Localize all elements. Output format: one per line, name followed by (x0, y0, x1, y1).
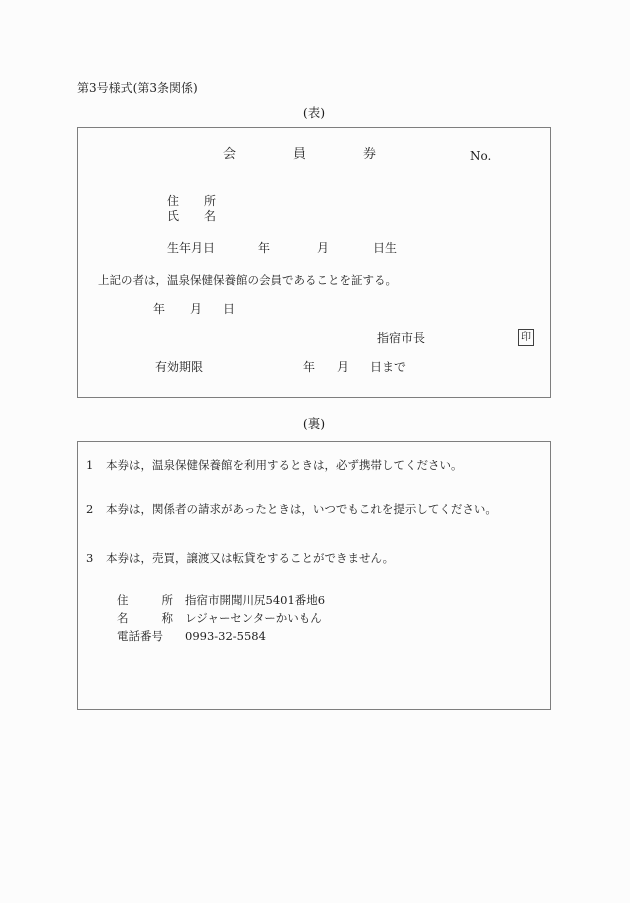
card-title: 会 員 券 (223, 147, 376, 163)
rule-text: 本券は，温泉保健保養館を利用するときは，必ず携帯してください。 (106, 458, 463, 473)
contact-name-value: レジャーセンターかいもん (185, 611, 322, 626)
contact-phone-value: 0993-32-5584 (185, 629, 266, 644)
validity-year-unit: 年 (303, 360, 315, 375)
birthdate-year-unit: 年 (258, 241, 270, 256)
contact-name-row: 名 称 レジャーセンターかいもん (117, 611, 322, 626)
name-field-label: 氏 名 (167, 209, 216, 224)
birthdate-field-label: 生年月日 (167, 241, 215, 256)
rule-number: 2 (86, 502, 106, 517)
validity-day-unit: 日まで (370, 360, 406, 375)
rule-item: 1 本券は，温泉保健保養館を利用するときは，必ず携帯してください。 (86, 458, 463, 473)
rule-number: 3 (86, 551, 106, 566)
back-side-label: (裏) (77, 414, 551, 432)
card-title-char: 会 (223, 147, 236, 163)
validity-month-unit: 月 (337, 360, 349, 375)
birthdate-day-unit: 日生 (373, 241, 397, 256)
validity-field-label: 有効期限 (155, 360, 203, 375)
rule-text: 本券は，売買，譲渡又は転貸をすることができません。 (106, 551, 394, 566)
issue-date-month-unit: 月 (190, 302, 202, 317)
seal-mark: 印 (518, 329, 534, 346)
contact-phone-row: 電話番号 0993-32-5584 (117, 629, 266, 644)
rule-item: 3 本券は，売買，譲渡又は転貸をすることができません。 (86, 551, 394, 566)
rule-text: 本券は，関係者の請求があったときは，いつでもこれを提示してください。 (106, 502, 497, 517)
membership-card-back: 1 本券は，温泉保健保養館を利用するときは，必ず携帯してください。 2 本券は，… (77, 441, 551, 710)
issuer-title: 指宿市長 (377, 331, 425, 346)
contact-address-row: 住 所 指宿市開聞川尻5401番地6 (117, 593, 325, 608)
issue-date-year-unit: 年 (153, 302, 165, 317)
contact-name-label: 名 称 (117, 611, 173, 626)
contact-address-label: 住 所 (117, 593, 173, 608)
card-title-char: 券 (363, 147, 376, 163)
form-number: 第3号様式(第3条関係) (77, 79, 198, 96)
card-title-char: 員 (293, 147, 306, 163)
front-side-label: (表) (77, 103, 551, 121)
contact-phone-label: 電話番号 (117, 629, 173, 644)
rule-number: 1 (86, 458, 106, 473)
address-field-label: 住 所 (167, 194, 216, 209)
issue-date-day-unit: 日 (223, 302, 235, 317)
card-number-label: No. (470, 149, 491, 164)
membership-card-front: 会 員 券 No. 住 所 氏 名 生年月日 年 月 日生 上記の者は，温泉保健… (77, 127, 551, 398)
document-page: 第3号様式(第3条関係) (表) 会 員 券 No. 住 所 氏 名 生年月日 … (0, 0, 630, 903)
birthdate-month-unit: 月 (317, 241, 329, 256)
contact-address-value: 指宿市開聞川尻5401番地6 (185, 593, 325, 608)
certification-text: 上記の者は，温泉保健保養館の会員であることを証する。 (98, 273, 397, 288)
rule-item: 2 本券は，関係者の請求があったときは，いつでもこれを提示してください。 (86, 502, 497, 517)
